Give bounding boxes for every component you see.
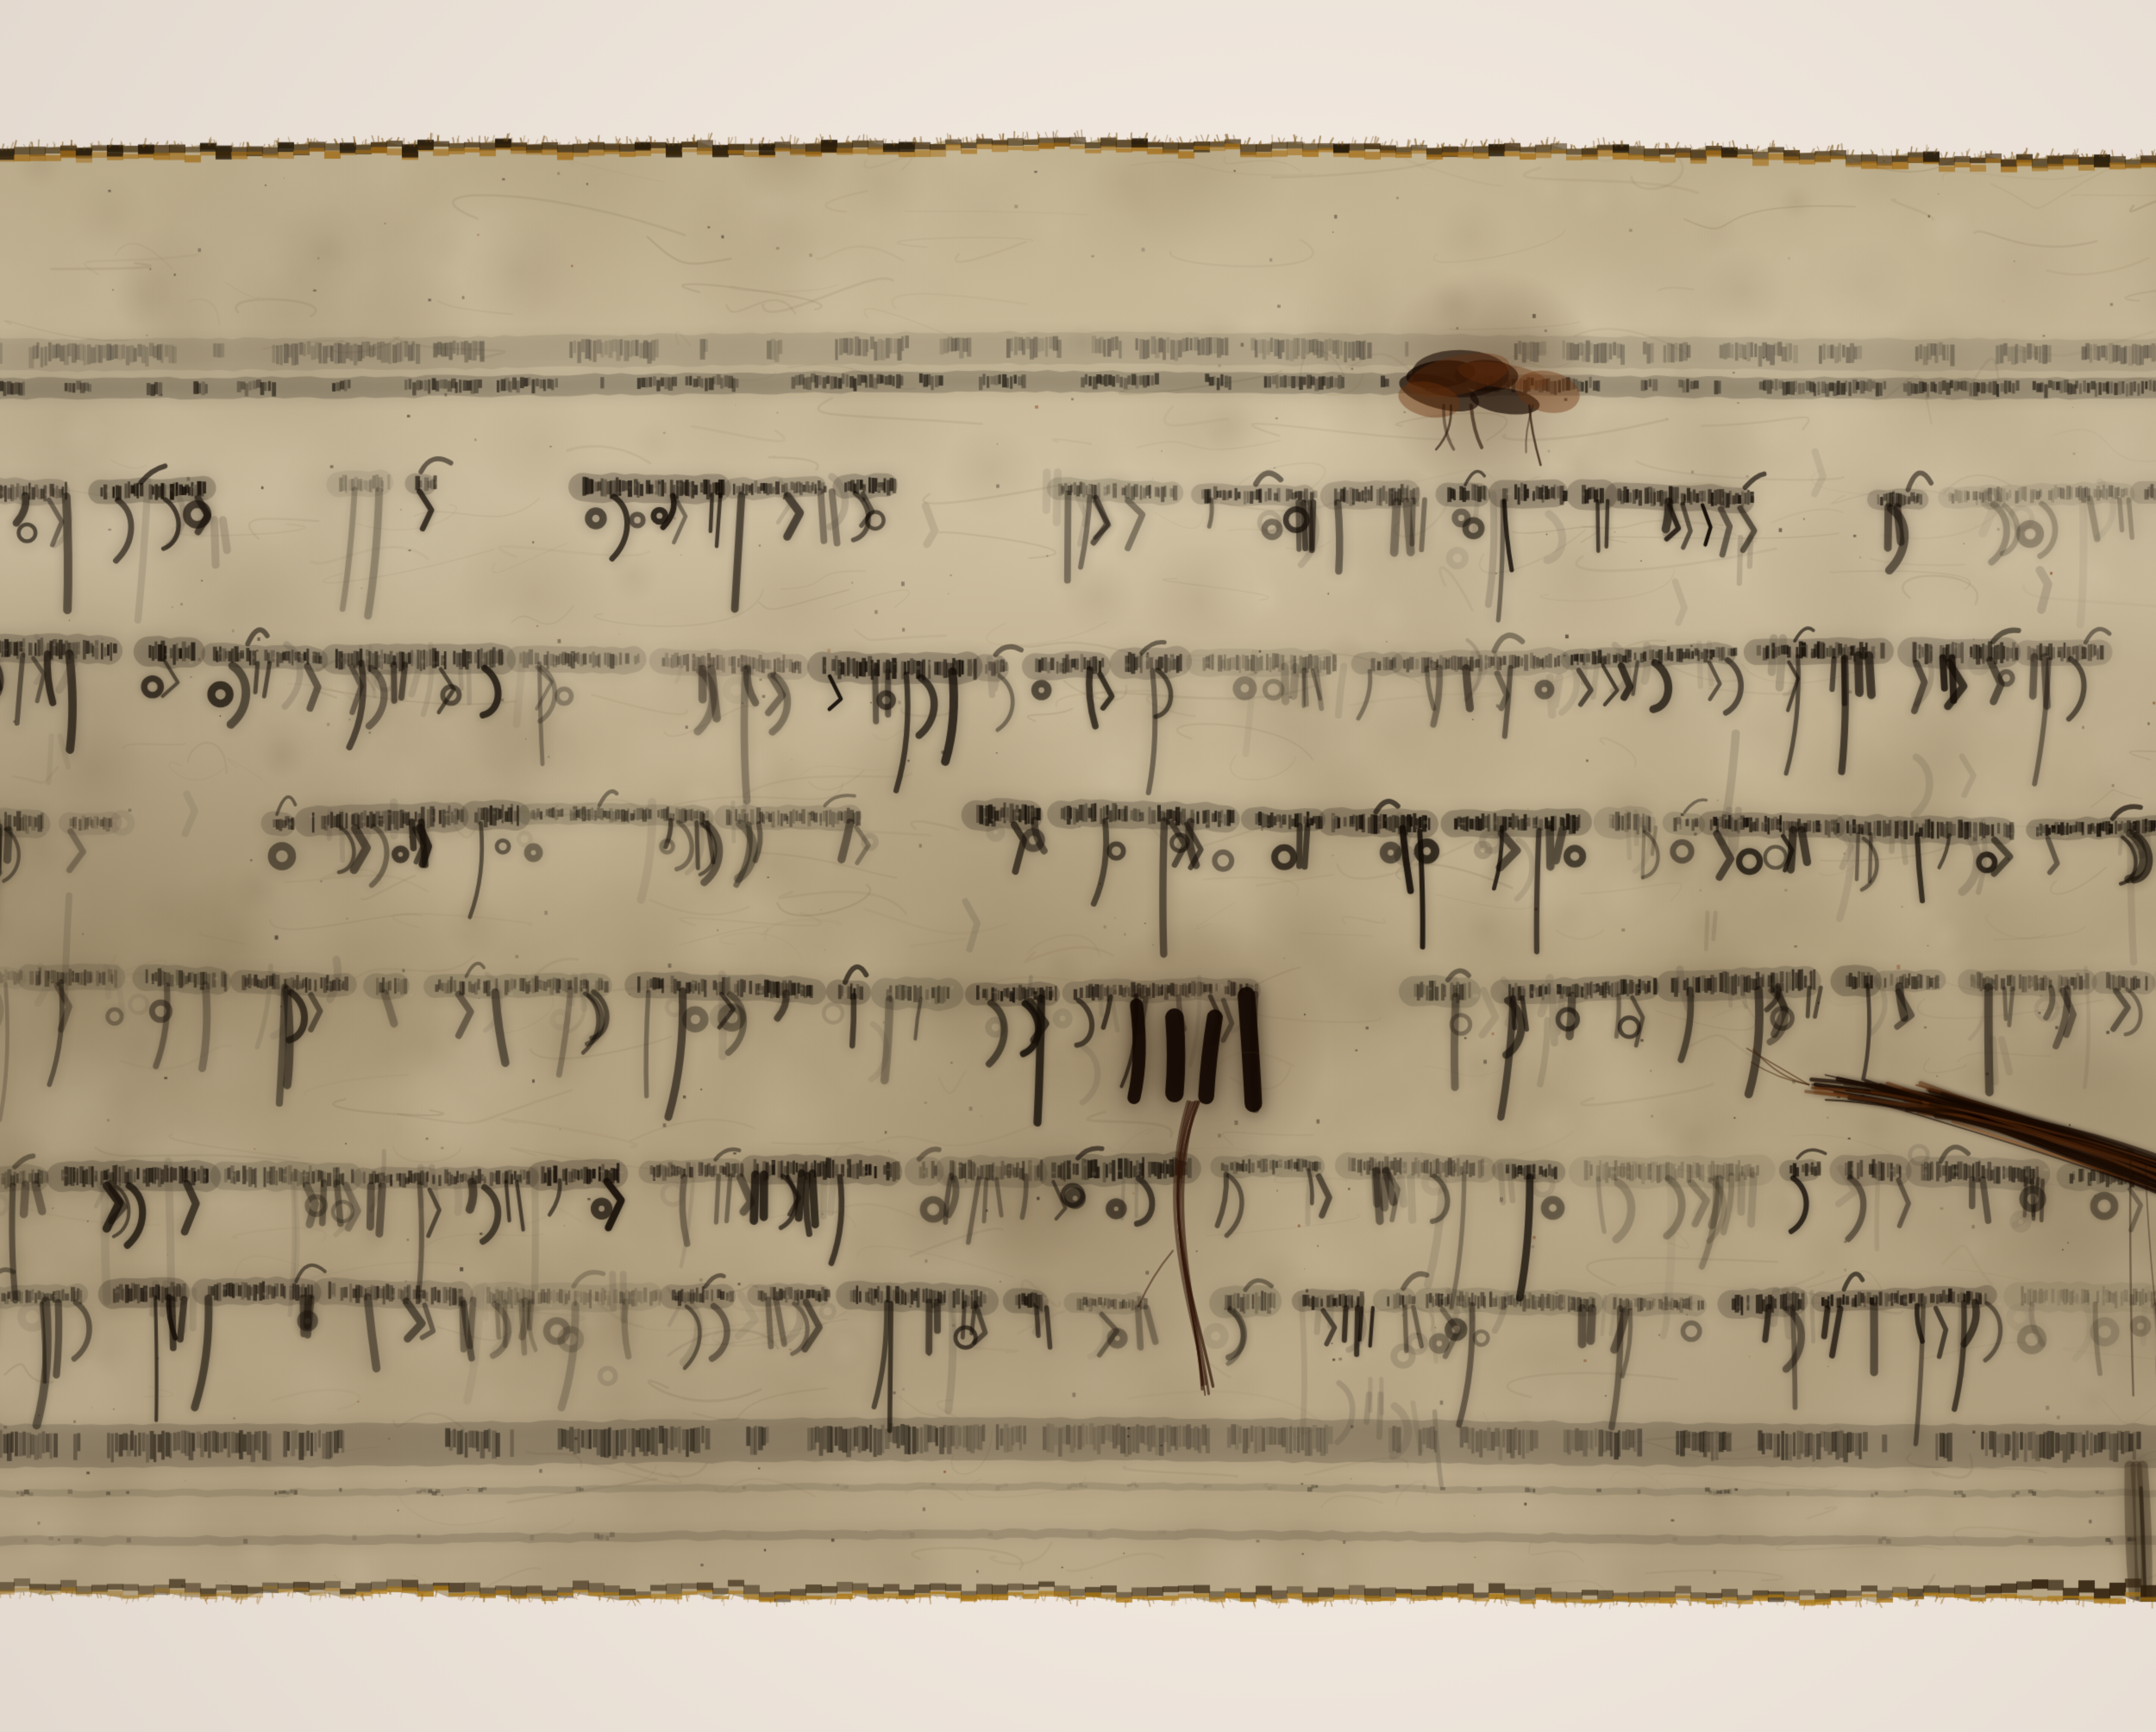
manuscript-photograph [0,0,2156,1732]
annotation-regions [0,0,2156,1732]
text-line-2 [0,606,2156,744]
text-line-6 [0,1246,2156,1384]
text-line-1 [0,440,2156,578]
fiber-bundle [1768,1044,2156,1354]
background-below-paper [0,1598,2156,1732]
bottom-margin-rules [0,1423,2156,1553]
text-line-5 [0,1121,2156,1259]
central-ink-clump [1095,983,1285,1415]
top-margin-rules [0,336,2156,401]
top-deckle-edge [0,129,2156,170]
top-ink-blob [1358,328,1591,440]
bottom-deckle-edge [0,1574,2156,1617]
background-above-paper [0,0,2156,142]
text-line-4 [0,934,2156,1072]
bottom-ink-streak [2087,1458,2156,1600]
manuscript-page [0,141,2156,1601]
text-line-3 [0,770,2156,908]
